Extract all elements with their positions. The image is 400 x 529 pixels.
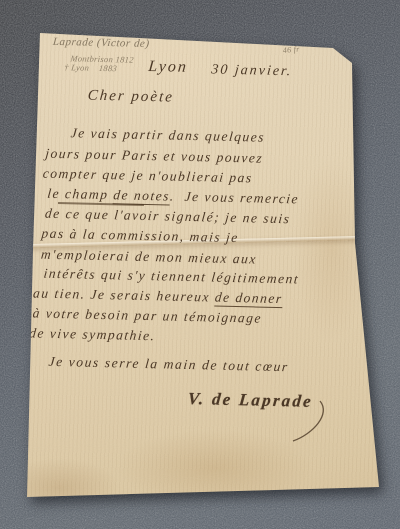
body-line-5: de ce que l'avoir signalé; je ne suis — [44, 206, 291, 228]
body-line-9-underlined: de donner — [214, 290, 283, 309]
body-line-4: le champ de notes. Je vous remercie — [47, 186, 300, 208]
letter-photograph: Laprade (Victor de) Montbrison 1812 † Ly… — [0, 0, 400, 529]
body-line-9: au tien. Je serais heureux de donner — [32, 285, 283, 307]
body-line-6: pas à la commission, mais je — [41, 226, 240, 246]
body-line-11: de vive sympathie. — [29, 325, 157, 344]
body-line-4-end: . Je vous remercie — [169, 189, 299, 207]
dateline-place: Lyon — [147, 58, 188, 77]
signature-paraph — [283, 398, 335, 448]
paper-shadow: Laprade (Victor de) Montbrison 1812 † Ly… — [0, 0, 400, 529]
body-line-9-start: au tien. Je serais heureux — [33, 285, 216, 304]
letter-paper: Laprade (Victor de) Montbrison 1812 † Ly… — [0, 0, 400, 529]
dateline-date: 30 janvier. — [211, 62, 294, 80]
body-line-3: compter que je n'oublierai pas — [42, 166, 253, 187]
body-line-4-start: le champ — [47, 186, 114, 202]
body-line-10: à votre besoin par un témoignage — [32, 305, 263, 326]
closing-line: Je vous serre la main de tout cœur — [48, 354, 290, 375]
body-line-2: jours pour Paris et vous pouvez — [45, 146, 264, 167]
collector-note-death: † Lyon 1883 — [64, 62, 118, 73]
body-line-8: intérêts qui s'y tiennent légitimement — [43, 266, 300, 288]
price-mark: 46 fr — [282, 44, 300, 55]
body-line-1: Je vais partir dans quelques — [70, 125, 266, 145]
letter-writing: Laprade (Victor de) Montbrison 1812 † Ly… — [0, 0, 400, 529]
collector-note-name: Laprade (Victor de) — [52, 36, 150, 50]
body-line-7: m'emploierai de mon mieux aux — [40, 247, 257, 268]
salutation: Cher poète — [87, 88, 175, 107]
